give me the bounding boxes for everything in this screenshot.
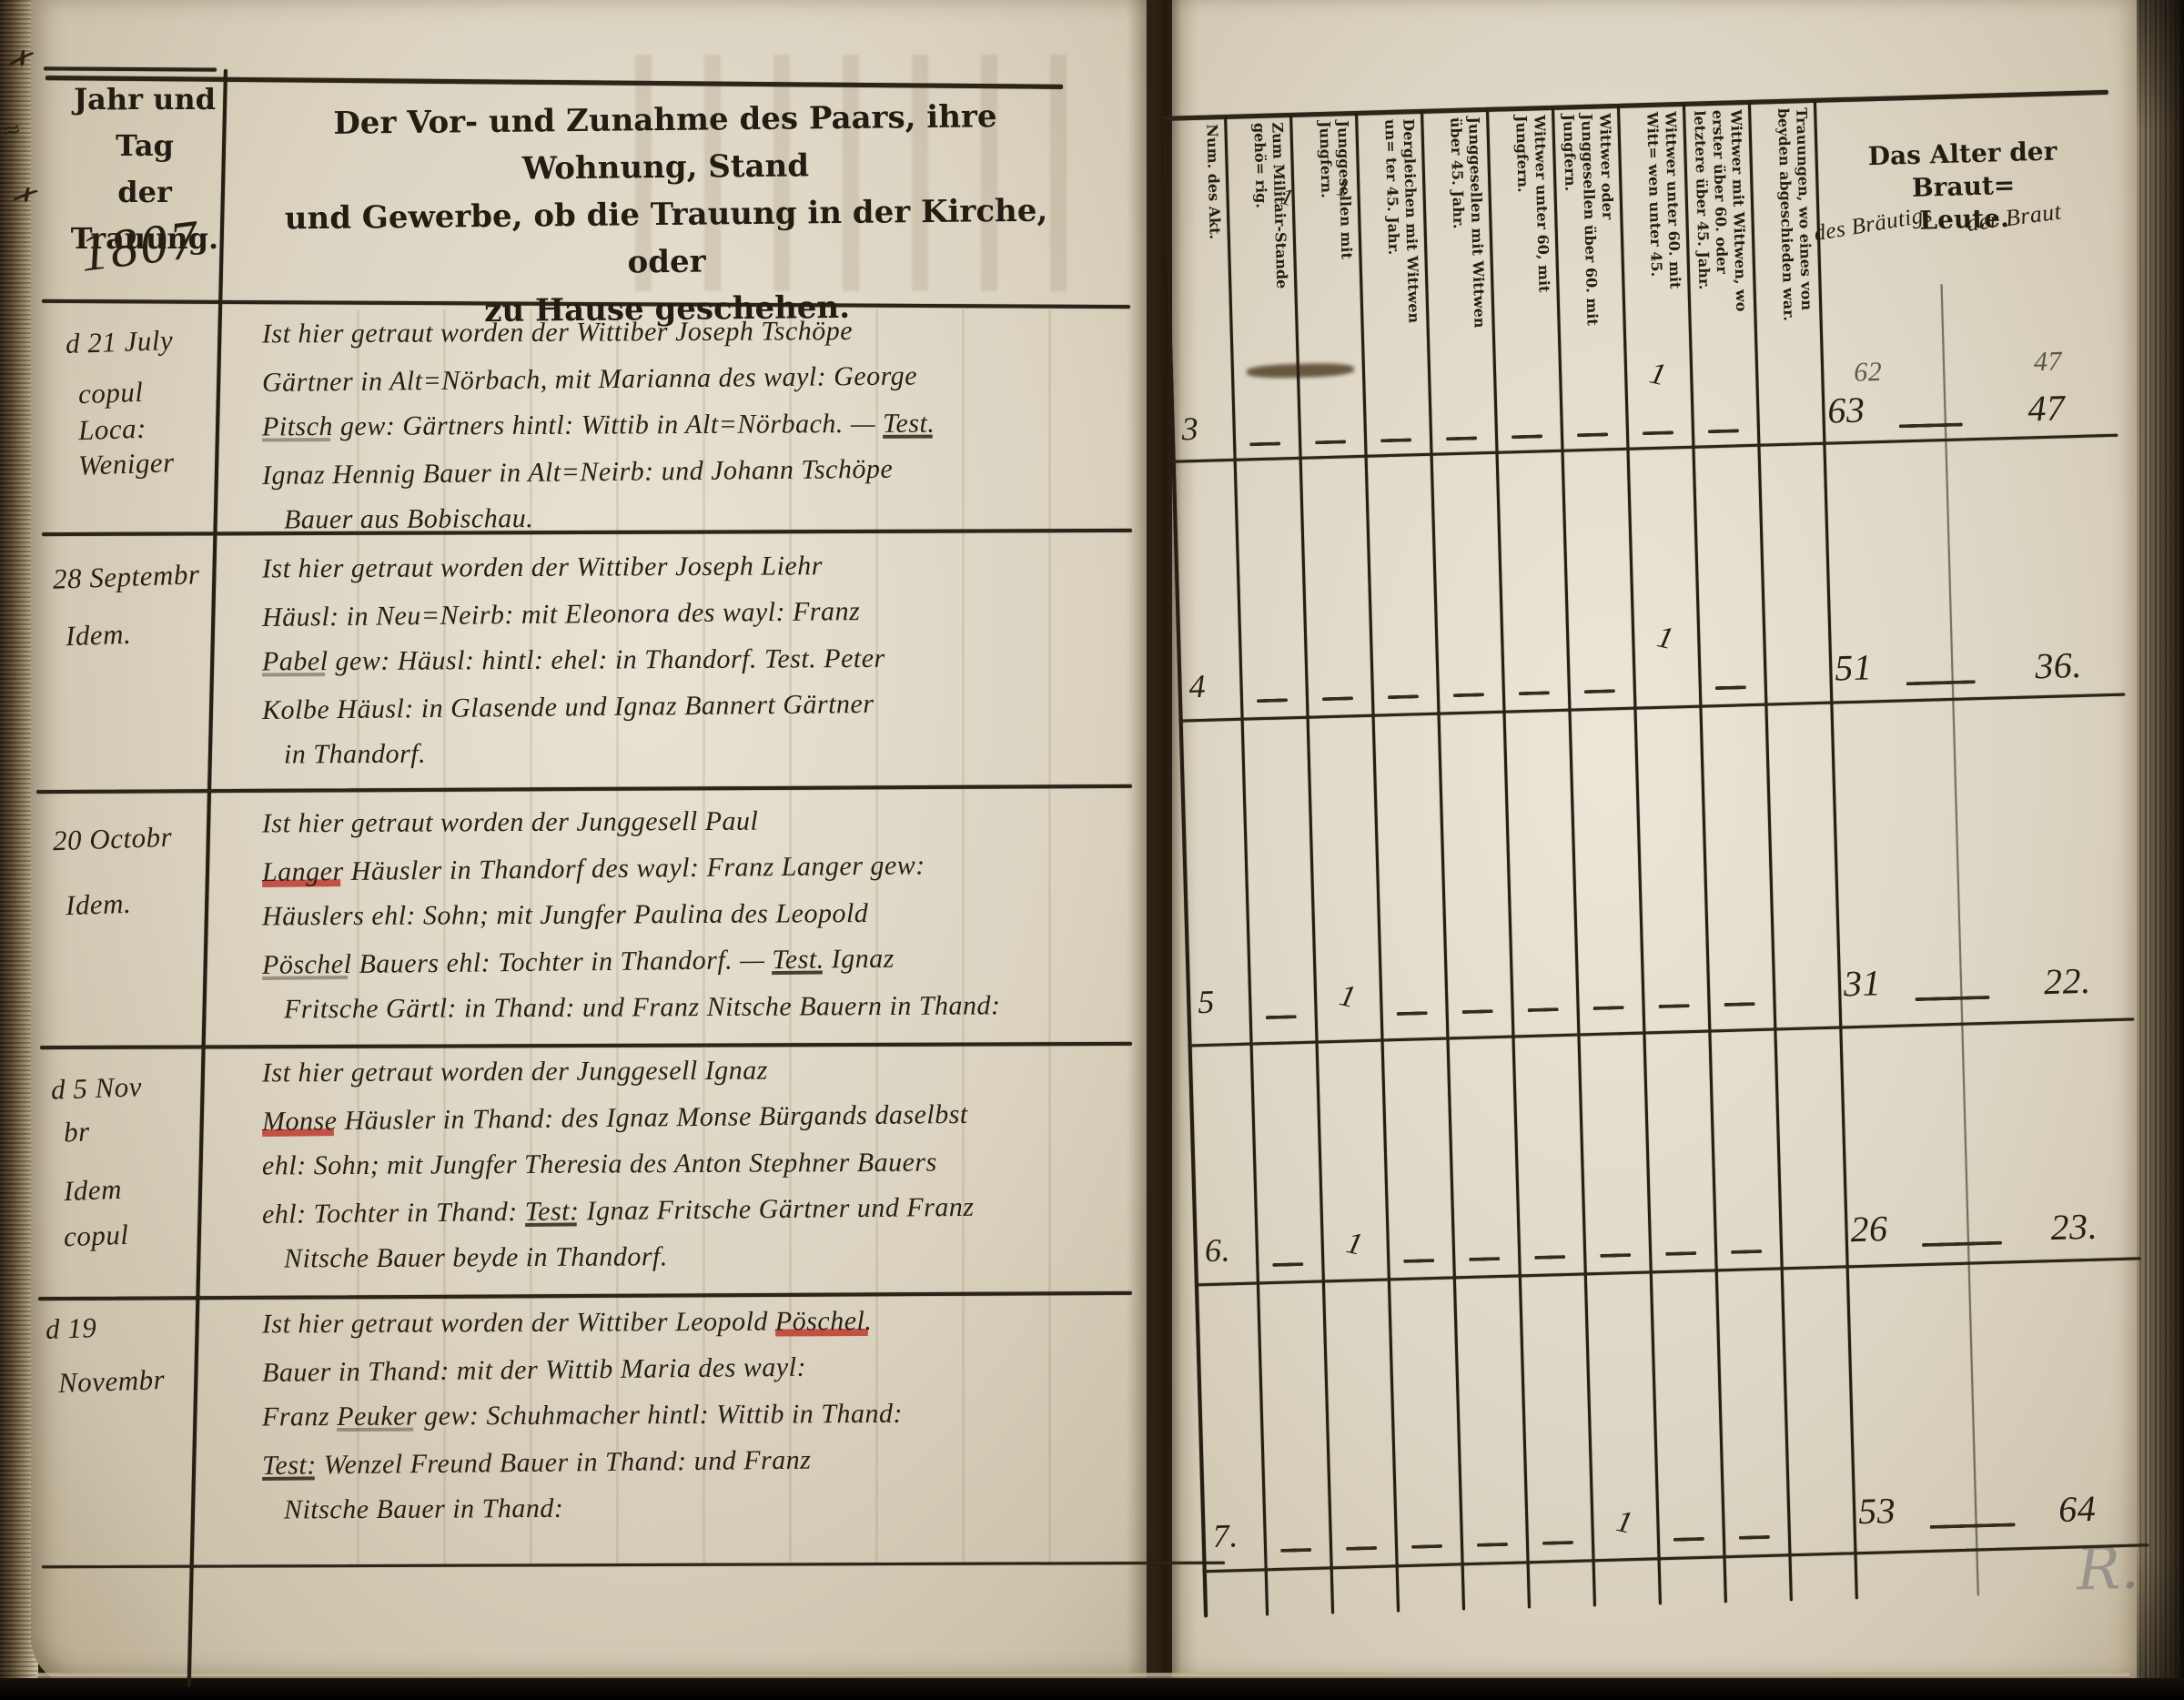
entry-date-line: copul xyxy=(77,376,144,410)
column-header: Zum Militair-Stande gehö= rig. xyxy=(1229,122,1292,339)
tally-one: 1 xyxy=(1336,978,1359,1016)
age-column-divider xyxy=(1941,284,1979,1595)
dash-mark xyxy=(1527,997,1559,1016)
groom-age: 31 xyxy=(1843,961,1881,1005)
dash-mark xyxy=(1461,999,1493,1017)
dash-mark xyxy=(1446,426,1478,444)
book-cover-bottom xyxy=(0,1678,2184,1700)
entry-text-line: Nitsche Bauer beyde in Thandorf. xyxy=(284,1240,1148,1275)
entry-text-line: Fritsche Gärtl: in Thand: und Franz Nits… xyxy=(284,990,1148,1026)
underlined-surname: Test: xyxy=(262,1450,317,1481)
bride-age: 64 xyxy=(2058,1487,2097,1531)
text-segment: Ist hier getraut worden der Wittiber Jos… xyxy=(262,551,823,583)
groom-age: 26 xyxy=(1850,1207,1888,1250)
entry-text-line: Ist hier getraut worden der Wittiber Leo… xyxy=(262,1305,1127,1341)
dash-mark xyxy=(1469,1247,1501,1265)
entry-date-line: 28 Septembr xyxy=(52,558,200,596)
column-header: Junggesellen mit Wittwen über 45. Jahr. xyxy=(1426,116,1489,333)
column-divider xyxy=(1421,111,1465,1610)
dash-mark xyxy=(1739,1525,1771,1543)
dash-mark xyxy=(1265,1005,1297,1023)
ink-smudge xyxy=(1247,362,1354,379)
bride-age: 23. xyxy=(2050,1205,2098,1249)
dash-mark xyxy=(1519,681,1551,699)
dash-mark xyxy=(1724,992,1755,1010)
dash-mark xyxy=(1542,1531,1574,1549)
column-divider xyxy=(1617,106,1662,1604)
entry-text-line: Bauer aus Bobischau. xyxy=(284,501,1148,536)
tally-one: 1 xyxy=(1613,1504,1636,1542)
dash-mark xyxy=(1411,1534,1443,1553)
underlined-surname: Pöschel xyxy=(262,949,352,980)
dash-mark xyxy=(1388,684,1420,703)
entry-date-line: Idem. xyxy=(65,618,131,653)
entry-date-line: d 21 July xyxy=(65,324,173,360)
age-dash xyxy=(1915,986,1989,1005)
act-number: 5 xyxy=(1198,983,1216,1022)
row-separator xyxy=(1188,1017,2135,1047)
text-segment: Bauers ehl: Tochter in Thandorf. — xyxy=(351,945,772,979)
text-segment: Nitsche Bauer in Thand: xyxy=(284,1493,563,1525)
dash-mark xyxy=(1477,1533,1509,1551)
text-segment: Bauer aus Bobischau. xyxy=(284,503,533,534)
dash-mark xyxy=(1315,430,1347,448)
entry-date-line: Idem xyxy=(63,1173,122,1208)
text-segment: Wenzel Freund Bauer in Thand: und Franz xyxy=(317,1445,812,1481)
entry-date-line: Novembr xyxy=(57,1363,165,1400)
column-header: Wittwer oder Junggesellen über 60. mit J… xyxy=(1557,113,1620,329)
column-header: Trauungen, wo eines von beyden abgeschie… xyxy=(1754,107,1816,324)
groom-age: 53 xyxy=(1858,1489,1896,1533)
age-dash xyxy=(1929,1513,2015,1533)
tally-one: 1 xyxy=(1646,356,1669,393)
underlined-surname: Peuker xyxy=(337,1401,417,1432)
text-segment: Fritsche Gärtl: in Thand: und Franz Nits… xyxy=(284,990,1001,1024)
underlined-surname: Pöschel. xyxy=(775,1306,873,1337)
text-segment: Franz xyxy=(262,1401,337,1432)
row-separator xyxy=(1179,693,2126,723)
main-column-header: Der Vor- und Zunahme des Paars, ihre Woh… xyxy=(265,92,1068,337)
column-divider xyxy=(1486,109,1531,1608)
tally-one: 1 xyxy=(1343,1226,1366,1263)
entry-text-line: Häuslers ehl: Sohn; mit Jungfer Paulina … xyxy=(262,897,1127,933)
text-segment: Häusler in Thandorf des wayl: Franz Lang… xyxy=(344,850,925,886)
dash-mark xyxy=(1396,1001,1428,1019)
date-col-header-line: Jahr und Tag xyxy=(47,76,242,169)
dash-mark xyxy=(1257,688,1289,706)
column-divider xyxy=(1748,102,1793,1601)
row-separator xyxy=(1203,1543,2149,1573)
text-segment: Nitsche Bauer beyde in Thandorf. xyxy=(284,1241,668,1273)
text-segment: Ist hier getraut worden der Junggesell P… xyxy=(262,806,758,839)
dash-mark xyxy=(1592,996,1624,1014)
text-segment: Ist hier getraut worden der Wittiber Jos… xyxy=(262,316,853,349)
dash-mark xyxy=(1673,1527,1705,1545)
bride-age-faint: 47 xyxy=(2034,346,2063,378)
groom-age: 63 xyxy=(1827,388,1865,431)
text-segment: Häusl: in Neu=Neirb: mit Eleonora des wa… xyxy=(262,596,861,632)
dash-mark xyxy=(1731,1240,1763,1258)
dash-mark xyxy=(1665,1241,1697,1260)
column-header: Wittwer unter 60. mit Witt= wen unter 45… xyxy=(1623,111,1685,328)
entry-date-line: 20 Octobr xyxy=(52,821,172,858)
dash-mark xyxy=(1708,419,1740,437)
dash-mark xyxy=(1534,1245,1566,1263)
text-segment: gew: Häusl: hintl: ehel: in Thandorf. Te… xyxy=(328,643,885,676)
entry-text-line: Ist hier getraut worden der Wittiber Jos… xyxy=(262,550,1127,585)
column-header: Wittwer unter 60, mit Jungfern. xyxy=(1491,115,1554,331)
column-divider xyxy=(1814,100,1858,1599)
dash-mark xyxy=(1512,424,1543,442)
text-segment: ehl: Tochter in Thand: xyxy=(262,1197,525,1229)
entry-date-line: d 19 xyxy=(45,1311,96,1346)
statistics-table: Das Alter der Braut= Leute. des Bräutigs… xyxy=(1161,52,2150,1624)
column-divider xyxy=(1683,104,1727,1603)
dash-mark xyxy=(1280,1538,1312,1556)
dash-mark xyxy=(1714,675,1746,693)
main-header-line: Der Vor- und Zunahme des Paars, ihre Woh… xyxy=(265,92,1067,195)
dash-mark xyxy=(1380,428,1412,446)
entry-text-line: Franz Peuker gew: Schuhmacher hintl: Wit… xyxy=(262,1398,1127,1433)
text-segment: Ist hier getraut worden der Wittiber Leo… xyxy=(262,1307,775,1340)
entry-text-line: ehl: Sohn; mit Jungfer Theresia des Anto… xyxy=(262,1147,1127,1182)
text-segment: ehl: Sohn; mit Jungfer Theresia des Anto… xyxy=(262,1148,937,1181)
entry-date-line: Weniger xyxy=(77,446,175,482)
entry-text-line: Ist hier getraut worden der Junggesell P… xyxy=(262,804,1127,840)
entry-text-line: in Thandorf. xyxy=(284,735,1148,771)
entry-date-line: copul xyxy=(63,1219,129,1253)
dash-mark xyxy=(1453,683,1485,701)
text-segment: Häuslers ehl: Sohn; mit Jungfer Paulina … xyxy=(262,898,868,931)
church-marriage-register-spread: ✗ ≈ ✗ Jahr und Tag der Trauung. 1807 Der… xyxy=(0,0,2184,1700)
text-segment: Kolbe Häusl: in Glasende und Ignaz Banne… xyxy=(262,689,875,725)
bride-age: 22. xyxy=(2043,959,2091,1003)
entry-date-line: Loca: xyxy=(77,412,147,448)
text-segment: in Thandorf. xyxy=(284,739,426,770)
dash-mark xyxy=(1322,686,1354,704)
text-segment: Ist hier getraut worden der Junggesell I… xyxy=(262,1056,768,1088)
act-number: 3 xyxy=(1181,410,1199,449)
act-number: 4 xyxy=(1188,667,1207,706)
underlined-surname: Test. xyxy=(772,945,824,976)
main-header-line: und Gewerbe, ob die Trauung in der Kirch… xyxy=(266,187,1067,289)
entry-date-line: br xyxy=(63,1116,90,1149)
text-segment: Ignaz Fritsche Gärtner und Franz xyxy=(579,1192,974,1227)
groom-age: 51 xyxy=(1835,645,1873,689)
age-dash xyxy=(1899,412,1964,431)
date-col-header-line: der xyxy=(47,169,242,216)
entry-text-line: Pitsch gew: Gärtners hintl: Wittib in Al… xyxy=(262,408,1127,443)
underlined-surname: Test: xyxy=(525,1196,580,1227)
dash-mark xyxy=(1643,420,1674,439)
groom-age-faint: 62 xyxy=(1854,357,1883,389)
column-header: Junggesellen mit Jungfern. xyxy=(1295,120,1358,337)
underlined-surname: Langer xyxy=(262,856,344,887)
dash-mark xyxy=(1577,422,1609,440)
tally-one: 1 xyxy=(1653,620,1676,657)
underlined-surname: Pabel xyxy=(262,646,329,676)
dash-mark xyxy=(1346,1536,1378,1554)
text-segment: Ignaz xyxy=(824,944,895,975)
dash-mark xyxy=(1600,1243,1632,1261)
column-header: Wittwer mit Wittwen, wo erster über 60. … xyxy=(1688,109,1751,326)
entry-date-line: d 5 Nov xyxy=(50,1070,142,1106)
entry-date-line: Idem. xyxy=(65,887,131,922)
age-dash xyxy=(1922,1231,2002,1250)
column-divider xyxy=(1552,107,1596,1606)
column-divider xyxy=(1355,113,1400,1612)
bride-age: 47 xyxy=(2027,386,2066,430)
entry-text-line: Ist hier getraut worden der Junggesell I… xyxy=(262,1054,1127,1089)
row-separator xyxy=(1195,1257,2141,1286)
column-header: Dergleichen mit Wittwen un= ter 45. Jahr… xyxy=(1360,118,1423,335)
text-segment: Ignaz Hennig Bauer in Alt=Neirb: und Joh… xyxy=(262,454,894,491)
column-divider xyxy=(1289,115,1334,1614)
text-segment: Gärtner in Alt=Nörbach, mit Marianna des… xyxy=(262,360,917,398)
text-segment: gew: Schuhmacher hintl: Wittib in Thand: xyxy=(417,1399,903,1432)
dash-mark xyxy=(1249,431,1281,450)
bride-age: 36. xyxy=(2035,643,2083,687)
dash-mark xyxy=(1272,1252,1304,1270)
column-divider xyxy=(1224,116,1269,1615)
underlined-surname: Pitsch xyxy=(262,411,333,441)
column-header: Num. des Akt. xyxy=(1168,124,1227,340)
act-number: 7. xyxy=(1212,1516,1239,1555)
text-segment: gew: Gärtners hintl: Wittib in Alt=Nörba… xyxy=(333,409,883,441)
dash-mark xyxy=(1658,994,1690,1012)
dash-mark xyxy=(1403,1249,1435,1267)
age-dash xyxy=(1906,670,1976,689)
text-segment: Bauer in Thand: mit der Wittib Maria des… xyxy=(262,1352,806,1388)
dash-mark xyxy=(1584,679,1616,697)
underlined-surname: Monse xyxy=(262,1106,338,1137)
entry-text-line: Pabel gew: Häusl: hintl: ehel: in Thando… xyxy=(262,643,1127,678)
text-segment: Häusler in Thand: des Ignaz Monse Bürgan… xyxy=(337,1099,968,1136)
act-number: 6. xyxy=(1204,1230,1230,1270)
underlined-surname: Test. xyxy=(883,409,935,439)
entry-text-line: Nitsche Bauer in Thand: xyxy=(284,1491,1148,1526)
entry-text-line: Ist hier getraut worden der Wittiber Jos… xyxy=(262,315,1127,350)
